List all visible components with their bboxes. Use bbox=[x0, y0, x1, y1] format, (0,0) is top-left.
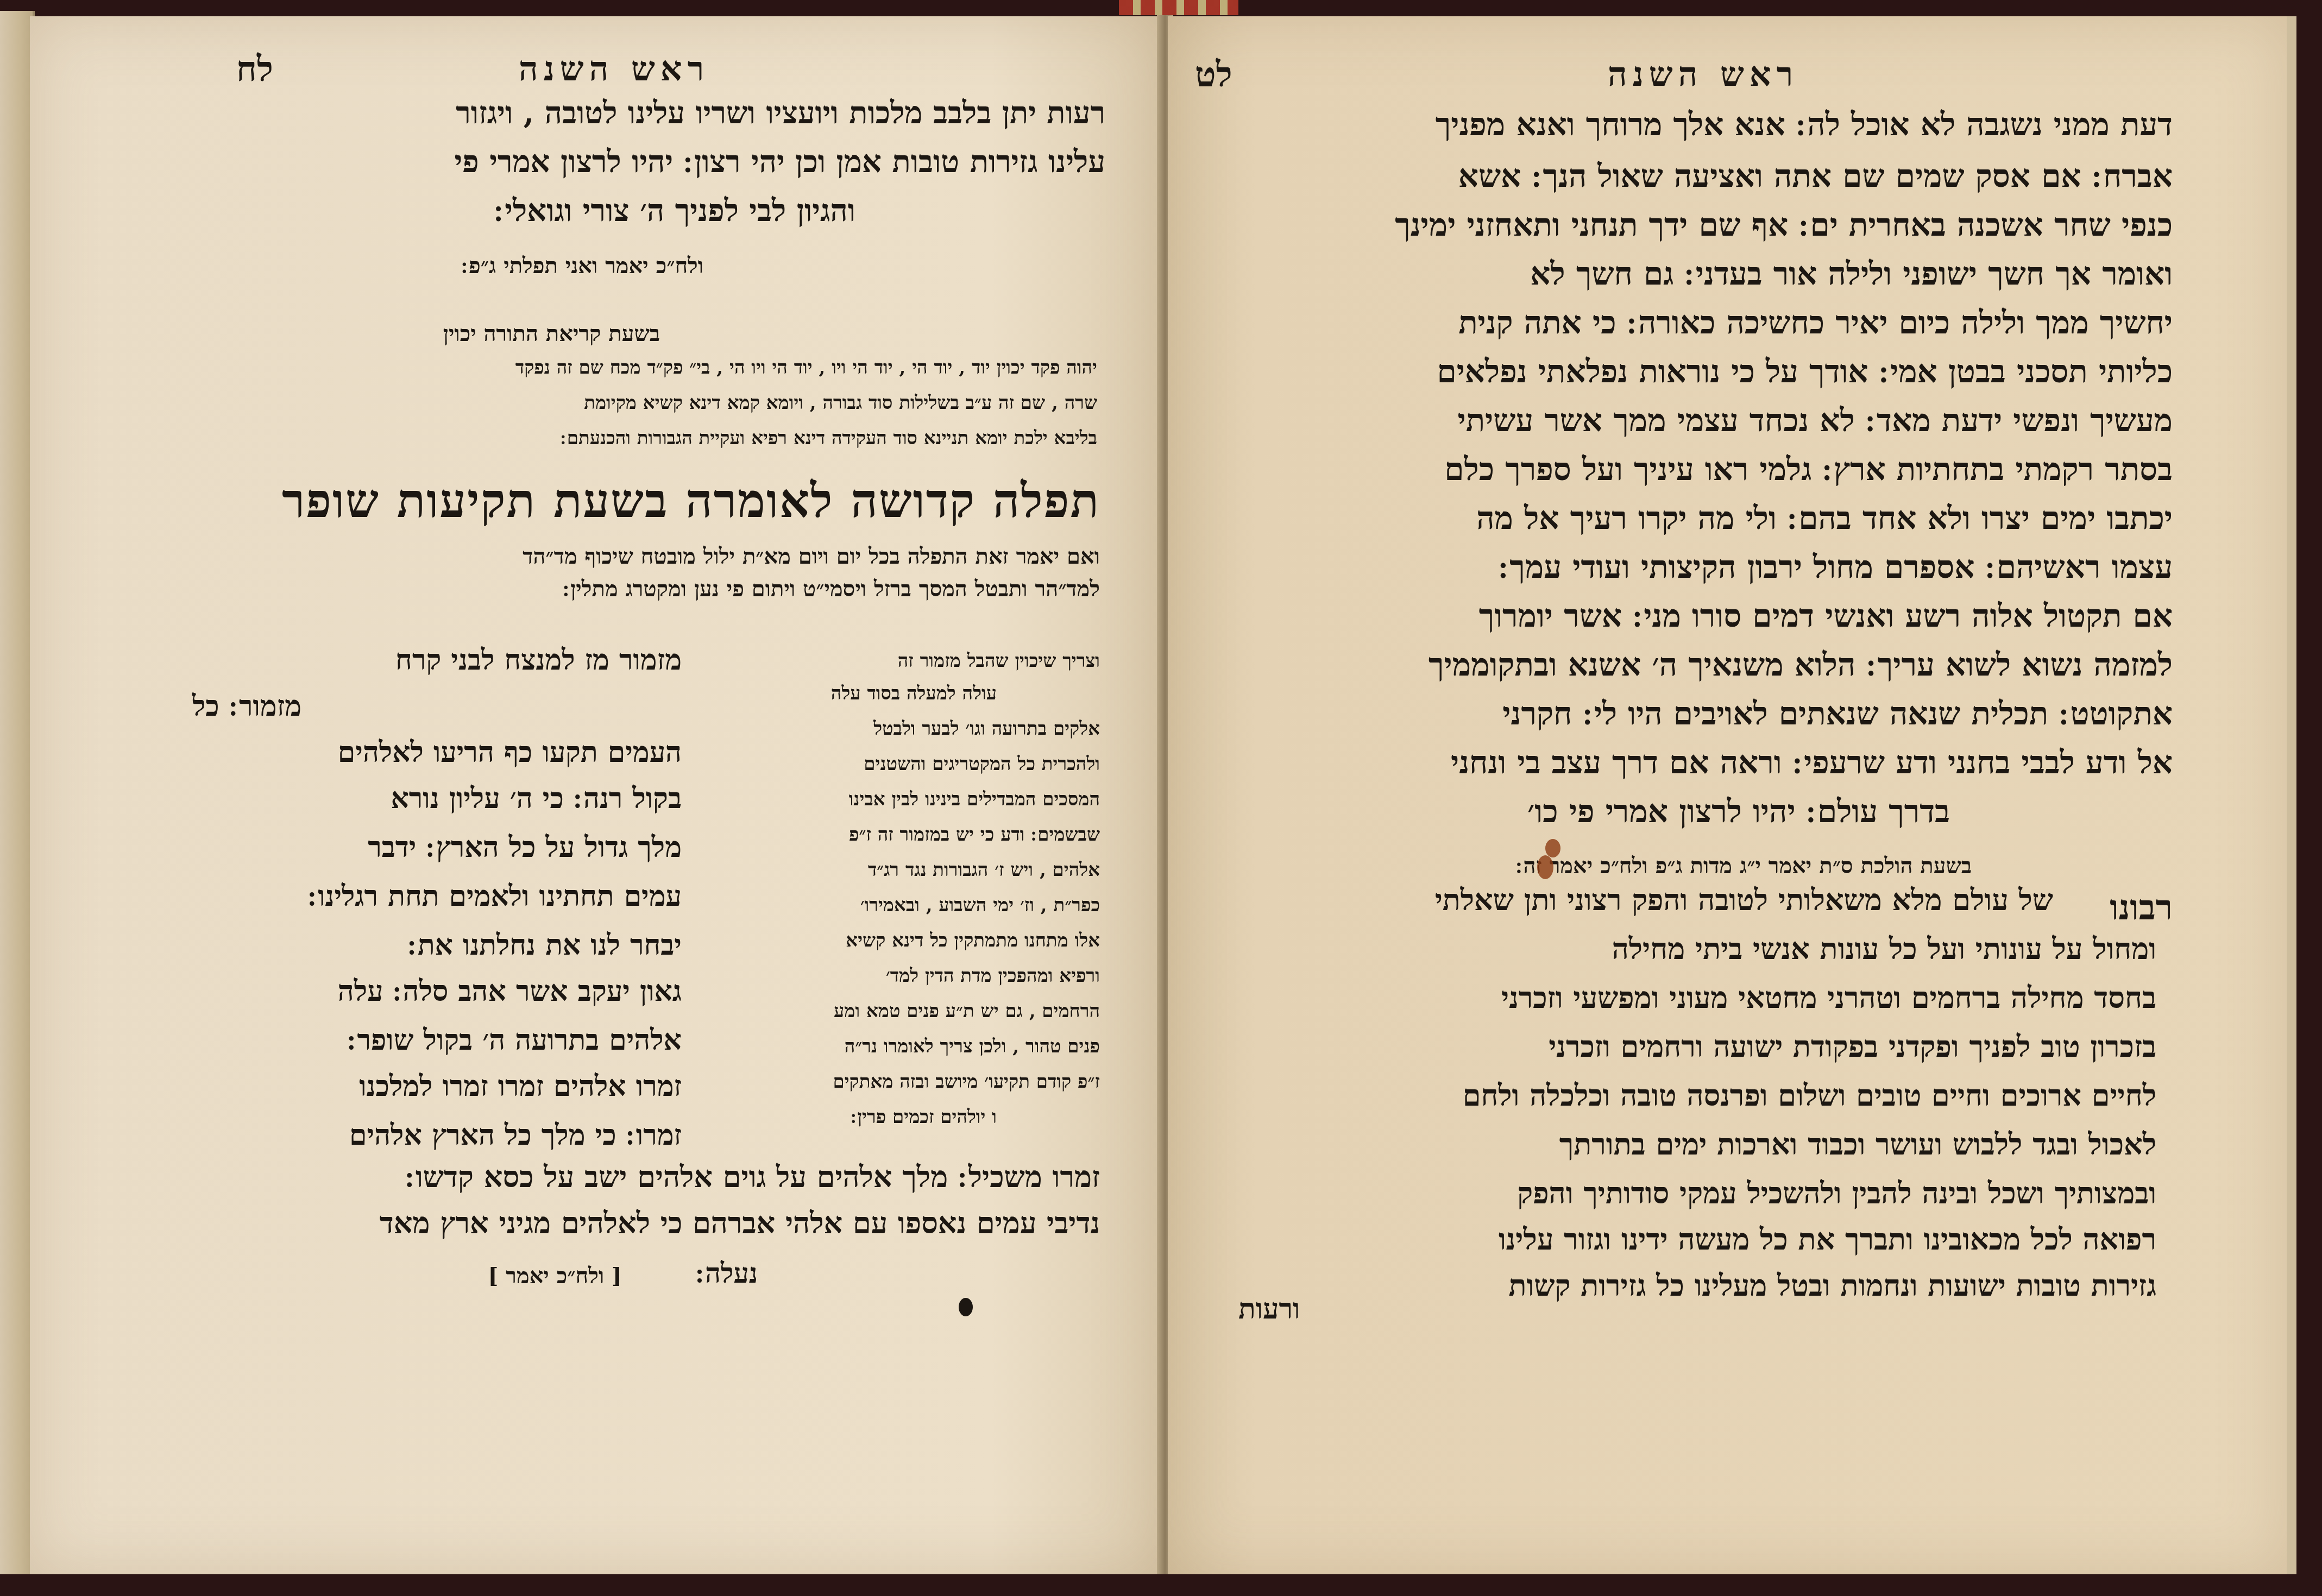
closing-word: נעלה ׃ bbox=[696, 1260, 758, 1287]
rubric: בשעת הולכת ס״ת יאמר י״ג מדות ג״פ ולח״כ י… bbox=[1516, 855, 1972, 877]
psalm-line: מלך גדול על כל הארץ ׃ ידבר bbox=[368, 834, 682, 862]
text-line: למזמה נשוא לשוא עריך ׃ הלוא משנאיך ה׳ אש… bbox=[1429, 649, 2173, 680]
text-line: רפואה לכל מכאובינו ותברך את כל מעשה ידינ… bbox=[1499, 1225, 2156, 1254]
text-line: יחשיך ממך ולילה כיום יאיר כחשיכה כאורה ׃… bbox=[1458, 307, 2173, 338]
catchword: ורעות bbox=[1238, 1292, 1300, 1326]
commentary-line: המסכים המבדילים בינינו לבין אבינו bbox=[849, 790, 1100, 809]
text-line: מעשיך ונפשי ידעת מאד ׃ לא נכחד עצמי ממך … bbox=[1457, 405, 2173, 436]
text-line: לאכול ובגד ללבוש ועושר וכבוד וארכות ימים… bbox=[1559, 1130, 2156, 1159]
psalm-line: זמרו ׃ כי מלך כל הארץ אלהים bbox=[349, 1121, 682, 1150]
prayer-title: תפלה קדושה לאומרה בשעת תקיעות שופר bbox=[282, 478, 1100, 525]
commentary-line: אלו מתחנו מתמתקין כל דינא קשיא bbox=[846, 931, 1100, 950]
psalm-line: העמים תקעו כף הריעו לאלהים bbox=[338, 739, 682, 767]
right-page: לט ראש השנה דעת ממני נשגבה לא אוכל לה ׃ … bbox=[1168, 16, 2296, 1575]
running-head: ראש השנה bbox=[519, 49, 709, 89]
commentary-line: אלהים , ויש ז׳ הגבורות נגד רג״ד bbox=[868, 861, 1100, 879]
headband bbox=[1119, 0, 1238, 15]
psalm-line: מזמור מז למנצח לבני קרח bbox=[395, 646, 682, 674]
commentary-line: עולה למעלה בסוד עלה bbox=[831, 684, 997, 703]
text-line: זמרו משכיל ׃ מלך אלהים על גוים אלהים ישב… bbox=[405, 1162, 1100, 1191]
text-line: יכתבו ימים יצרו ולא אחד בהם ׃ ולי מה יקר… bbox=[1476, 502, 2173, 534]
psalm-line: עמים תחתינו ולאמים תחת רגלינו ׃ bbox=[308, 882, 682, 911]
running-head: ראש השנה bbox=[1608, 54, 1798, 94]
text-line: ואומר אך חשך ישופני ולילה אור בעדני ׃ גם… bbox=[1530, 258, 2173, 289]
left-page: לח ראש השנה רעות יתן בלבב מלכות ויועציו … bbox=[30, 16, 1160, 1575]
ink-blot bbox=[959, 1298, 973, 1316]
rubric: בשעת קריאת התורה יכוין bbox=[443, 323, 660, 345]
commentary-line: ז״פ קודם תקיעו׳ מיושב ובזה מאתקים bbox=[833, 1073, 1100, 1091]
text-line: אברח ׃ אם אסק שמים שם אתה ואציעה שאול הנ… bbox=[1458, 160, 2173, 192]
text-line: רעות יתן בלבב מלכות ויועציו ושריו עלינו … bbox=[456, 98, 1105, 128]
text-line: לחיים ארוכים וחיים טובים ושלום ופרנסה טו… bbox=[1463, 1081, 2156, 1110]
text-line: ומחול על עונותי ועל כל עונות אנשי ביתי מ… bbox=[1612, 934, 2156, 963]
text-line: בחסד מחילה ברחמים וטהרני מחטאי מעוני ומפ… bbox=[1501, 983, 2156, 1012]
text-line: דעת ממני נשגבה לא אוכל לה ׃ אנא אלך מרוח… bbox=[1436, 109, 2173, 140]
folio-number: לח bbox=[236, 49, 273, 90]
stain bbox=[1545, 839, 1560, 857]
commentary-line: ולהכרית כל המקטריגים והשטנים bbox=[864, 755, 1100, 773]
text-line: והגיון לבי לפניך ה׳ צורי וגואלי ׃ bbox=[494, 195, 855, 226]
text-line: בזכרון טוב לפניך ופקדני בפקודת ישועה ורח… bbox=[1549, 1032, 2156, 1061]
prayer-lead-word: רבונו bbox=[2110, 891, 2173, 925]
psalm-line: זמרו אלהים זמרו זמרו למלכנו bbox=[359, 1073, 682, 1101]
text-line: של עולם מלא משאלותי לטובה והפק רצוני ותן… bbox=[1435, 885, 2053, 914]
text-line: בדרך עולם ׃ יהיו לרצון אמרי פי כו׳ bbox=[1527, 796, 1950, 827]
commentary-line: פנים טהור , ולכן צריך לאומרו נר״ה bbox=[845, 1037, 1100, 1056]
psalm-line: בקול רנה ׃ כי ה׳ עליון נורא bbox=[391, 785, 682, 813]
text-line: נדיבי עמים נאספו עם אלהי אברהם כי לאלהים… bbox=[380, 1208, 1100, 1238]
table-surface bbox=[0, 1574, 2322, 1596]
text-line: כנפי שחר אשכנה באחרית ים ׃ אף שם ידך תנח… bbox=[1395, 209, 2173, 241]
rubric: ולח״כ יאמר ואני תפלתי ג״פ ׃ bbox=[461, 255, 703, 277]
commentary-line: הרחמים , גם יש ת״ע פנים טמא ומע bbox=[834, 1002, 1100, 1020]
text-line: גזירות טובות ישועות ונחמות ובטל מעלינו כ… bbox=[1509, 1271, 2156, 1300]
commentary-line: וצריך שיכוין שהבל מזמור זה bbox=[898, 652, 1100, 670]
commentary-line: ורפיא ומהפכין מדת הדין למד׳ bbox=[886, 967, 1100, 985]
psalm-line: יבחר לנו את נחלתנו את ׃ bbox=[408, 931, 682, 960]
psalm-line: גאון יעקב אשר אהב סלה ׃ עלה bbox=[338, 977, 682, 1006]
book-spread: לח ראש השנה רעות יתן בלבב מלכות ויועציו … bbox=[0, 0, 2322, 1596]
intro-line: ואם יאמר זאת התפלה בכל יום ויום מא״ת ילו… bbox=[523, 546, 1100, 567]
intro-line: למד״הר ותבטל המסך ברזל ויסמי״ט ויתום פי … bbox=[563, 578, 1100, 600]
kabbalah-line: שרה , שם זה ע״ב בשלילות סוד גבורה , ויומ… bbox=[584, 394, 1097, 412]
text-line: עלינו גזירות טובות אמן וכן יהי רצון ׃ יה… bbox=[455, 147, 1105, 177]
text-line: אתקוטט ׃ תכלית שנאה שנאתים לאויבים היו ל… bbox=[1502, 698, 2173, 729]
folio-number: לט bbox=[1195, 54, 1232, 95]
psalm-line: אלהים בתרועה ה׳ בקול שופר ׃ bbox=[347, 1026, 682, 1055]
commentary-line: ו יולהים זכמים פרין ׃ bbox=[851, 1108, 997, 1126]
stain bbox=[1537, 855, 1553, 879]
commentary-line: כפר״ת , וז׳ ימי השבוע , ובאמירו׳ bbox=[860, 896, 1100, 914]
closing-bracket: [ ולח״כ יאמר ] bbox=[488, 1265, 622, 1287]
text-line: ובמצותיך ושכל ובינה להבין ולהשכיל עמקי ס… bbox=[1517, 1178, 2156, 1208]
text-line: עצמו ראשיהם ׃ אספרם מחול ירבון הקיצותי ו… bbox=[1499, 551, 2173, 583]
commentary-line: שבשמים ׃ ודע כי יש במזמור זה ז״פ bbox=[849, 825, 1100, 844]
text-line: אל ודע לבבי בחנני ודע שרעפי ׃ וראה אם דר… bbox=[1451, 747, 2173, 778]
kabbalah-line: יהוה פקד יכוין יוד , יוד הי , יוד הי ויו… bbox=[515, 358, 1097, 377]
text-line: אם תקטול אלוה רשע ואנשי דמים סורו מני ׃ … bbox=[1479, 600, 2173, 632]
text-line: בסתר רקמתי בתחתיות ארץ ׃ גלמי ראו עיניך … bbox=[1444, 453, 2173, 485]
text-line: כליותי תסכני בבטן אמי ׃ אודך על כי נוראו… bbox=[1437, 356, 2173, 387]
kabbalah-line: בליבא ילכת יומא תניינא סוד העקידה דינא ר… bbox=[561, 429, 1097, 447]
psalm-line: מזמור ׃ כל bbox=[192, 692, 301, 721]
commentary-line: אלקים בתרועה וגו׳ לבער ולבטל bbox=[873, 720, 1100, 738]
